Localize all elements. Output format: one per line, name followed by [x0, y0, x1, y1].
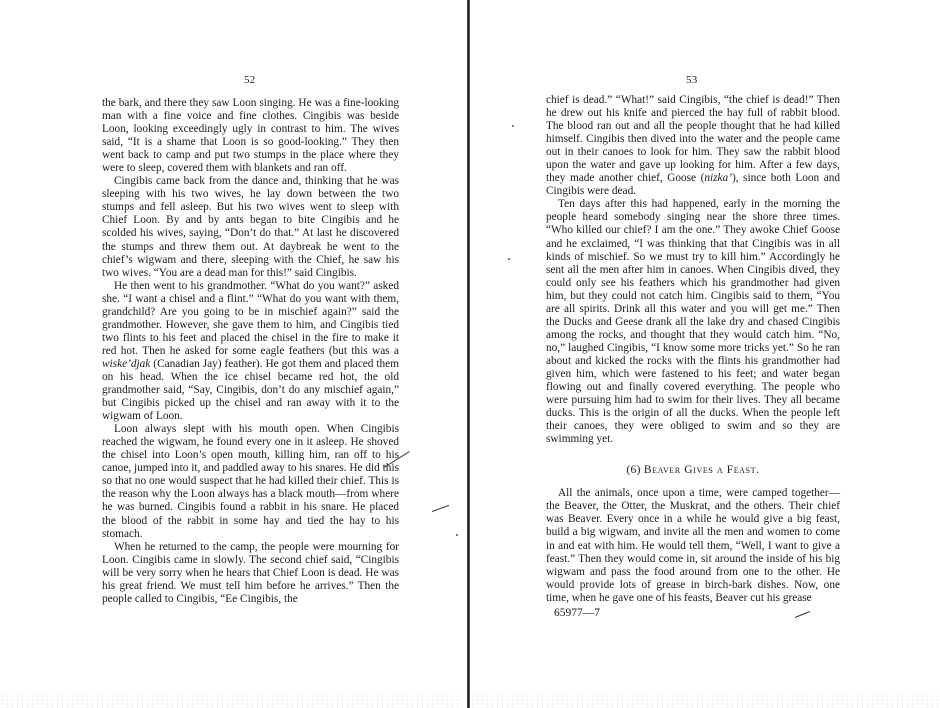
page-number-52: 52	[244, 74, 256, 86]
page-number-53: 53	[686, 74, 698, 86]
printer-signature-mark: 65977—7	[554, 607, 840, 620]
scan-noise	[0, 694, 460, 708]
paragraph-loon-singing: the bark, and there they saw Loon singin…	[102, 97, 399, 175]
right-page-text-column: chief is dead.” “What!” said Cingibis, “…	[546, 94, 840, 620]
paragraph-grandmother: He then went to his grandmother. “What d…	[102, 280, 399, 424]
pen-mark	[432, 505, 449, 512]
paragraph-beaver-feast: All the animals, once upon a time, were …	[546, 487, 840, 604]
paragraph-goose-chief: chief is dead.” “What!” said Cingibis, “…	[546, 94, 840, 198]
paragraph-mourning: When he returned to the camp, the people…	[102, 541, 399, 606]
paragraph-stumps: Cingibis came back from the dance and, t…	[102, 175, 399, 279]
section-heading: (6) Beaver Gives a Feast.	[546, 464, 840, 477]
left-page: 52 the bark, and there they saw Loon sin…	[0, 0, 468, 708]
scan-speck	[508, 258, 510, 260]
paragraph-ducks-origin: Ten days after this had happened, early …	[546, 198, 840, 446]
left-page-text-column: the bark, and there they saw Loon singin…	[102, 97, 399, 606]
scan-noise	[470, 694, 940, 708]
right-page: 53 chief is dead.” “What!” said Cingibis…	[470, 0, 940, 708]
italic-term-wiskedjak: wiske’djak	[102, 358, 150, 370]
grandmother-text-a: He then went to his grandmother. “What d…	[102, 280, 399, 357]
italic-term-nizka: nizka’	[704, 172, 732, 184]
scan-speck	[512, 125, 514, 127]
section-number: (6)	[626, 464, 640, 476]
paragraph-loon-killed: Loon always slept with his mouth open. W…	[102, 423, 399, 540]
scan-speck	[456, 534, 458, 536]
section-title: Beaver Gives a Feast.	[644, 464, 760, 476]
goose-text-a: chief is dead.” “What!” said Cingibis, “…	[546, 94, 840, 184]
